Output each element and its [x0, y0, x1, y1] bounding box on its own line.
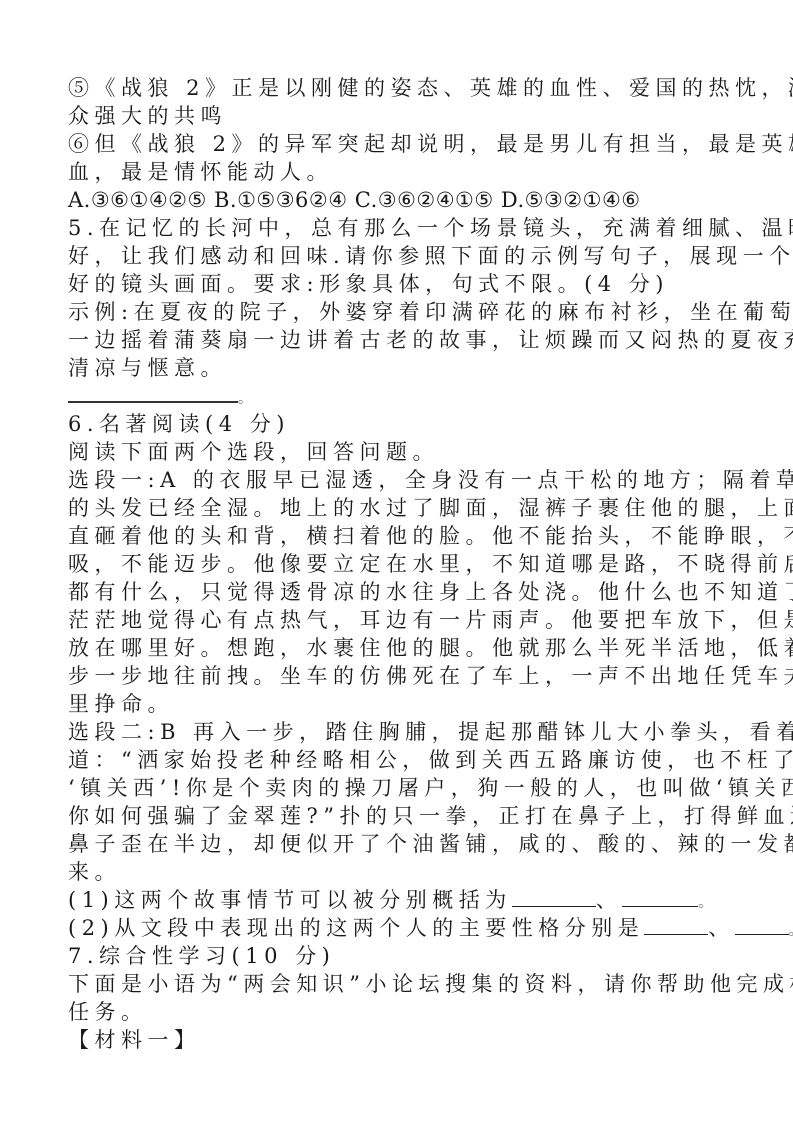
q7-title: 7.综合性学习(10 分) [68, 942, 748, 970]
q6-sub2-blank-a[interactable] [644, 914, 708, 935]
q6-sub1-period: 。 [698, 895, 712, 911]
q5-example-2: 一边摇着蒲葵扇一边讲着古老的故事，让烦躁而又闷热的夏夜充满了 [68, 326, 748, 354]
option-item-6: ⑥但《战狼 2》的异军突起却说明，最是男儿有担当，最是英雄有热 [68, 130, 748, 158]
excerpt2-line: ‘镇关西’!你是个卖肉的操刀屠户，狗一般的人，也叫做‘镇关西’! [68, 774, 748, 802]
q6-sub2-period: 。 [789, 923, 793, 939]
excerpt2-line: 道：“洒家始投老种经略相公，做到关西五路廉访使，也不枉了叫做 [68, 746, 748, 774]
excerpt1-line: 里挣命。 [68, 690, 748, 718]
option-item-6-cont: 血，最是情怀能动人。 [68, 158, 748, 186]
q5-answer-period: 。 [238, 391, 252, 407]
q6-sub1: (1)这两个故事情节可以被分别概括为、。 [68, 886, 748, 914]
excerpt1-line: 选段一:A 的衣服早已湿透，全身没有一点干松的地方；隔着草帽，他 [68, 466, 748, 494]
excerpt1-line: 茫茫地觉得心有点热气，耳边有一片雨声。他要把车放下，但是不知 [68, 606, 748, 634]
q7-line-1: 下面是小语为“两会知识”小论坛搜集的资料，请你帮助他完成相关 [68, 970, 748, 998]
q5-line-2: 好，让我们感动和回味.请你参照下面的示例写句子，展现一个温暖美 [68, 242, 748, 270]
q5-example-3: 清凉与惬意。 [68, 354, 748, 382]
answer-choices: A.③⑥①④②⑤ B.①⑤③6②④ C.③⑥②④①⑤ D.⑤③②①④⑥ [68, 186, 748, 214]
excerpt1-line: 放在哪里好。想跑，水裹住他的腿。他就那么半死半活地，低着头一 [68, 634, 748, 662]
q5-line-3: 好的镜头画面。要求:形象具体，句式不限。(4 分) [68, 270, 748, 298]
q5-line-1: 5.在记忆的长河中，总有那么一个场景镜头，充满着细腻、温暖、美 [68, 214, 748, 242]
exam-page: ⑤《战狼 2》正是以刚健的姿态、英雄的血性、爱国的热忱，激发了观 众强大的共鸣 … [68, 74, 748, 1054]
q6-sub1-blank-b[interactable] [622, 886, 698, 907]
option-item-5: ⑤《战狼 2》正是以刚健的姿态、英雄的血性、爱国的热忱，激发了观 [68, 74, 748, 102]
excerpt2-line: 鼻子歪在半边，却便似开了个油酱铺，咸的、酸的、辣的一发都滚出 [68, 830, 748, 858]
material-label: 【材料一】 [68, 1026, 748, 1054]
excerpt1-line: 直砸着他的头和背，横扫着他的脸。他不能抬头，不能睁眼，不能呼 [68, 522, 748, 550]
excerpt1-line: 步一步地往前拽。坐车的仿佛死在了车上，一声不出地任凭车夫在水 [68, 662, 748, 690]
excerpt2-line: 选段二:B 再入一步，踏住胸脯，提起那醋钵儿大小拳头，看着这郑屠 [68, 718, 748, 746]
excerpt1-line: 都有什么，只觉得透骨凉的水往身上各处浇。他什么也不知道了，只 [68, 578, 748, 606]
q7-line-2: 任务。 [68, 998, 748, 1026]
option-item-5-cont: 众强大的共鸣 [68, 102, 748, 130]
q6-sub2-text: (2)从文段中表现出的这两个人的主要性格分别是 [68, 916, 644, 940]
excerpt1-line: 吸，不能迈步。他像要立定在水里，不知道哪是路，不晓得前后左右 [68, 550, 748, 578]
excerpt2-line: 你如何强骗了金翠莲?”扑的只一拳，正打在鼻子上，打得鲜血迸流， [68, 802, 748, 830]
q6-instruction: 阅读下面两个选段，回答问题。 [68, 438, 748, 466]
q5-answer-blank[interactable] [68, 383, 238, 403]
q6-title: 6.名著阅读(4 分) [68, 410, 748, 438]
q6-sub2-blank-b[interactable] [735, 914, 789, 935]
q6-sub2: (2)从文段中表现出的这两个人的主要性格分别是、。 [68, 914, 748, 942]
q5-answer-row: 。 [68, 382, 748, 410]
q6-sub2-sep: 、 [708, 916, 735, 940]
q6-sub1-text: (1)这两个故事情节可以被分别概括为 [68, 888, 512, 912]
excerpt1-line: 的头发已经全湿。地上的水过了脚面，湿裤子裹住他的腿，上面的雨 [68, 494, 748, 522]
q5-example-1: 示例:在夏夜的院子，外婆穿着印满碎花的麻布衬衫，坐在葡萄架下， [68, 298, 748, 326]
q6-sub1-blank-a[interactable] [512, 886, 596, 907]
q6-sub1-sep: 、 [596, 888, 623, 912]
excerpt2-line: 来。 [68, 858, 748, 886]
